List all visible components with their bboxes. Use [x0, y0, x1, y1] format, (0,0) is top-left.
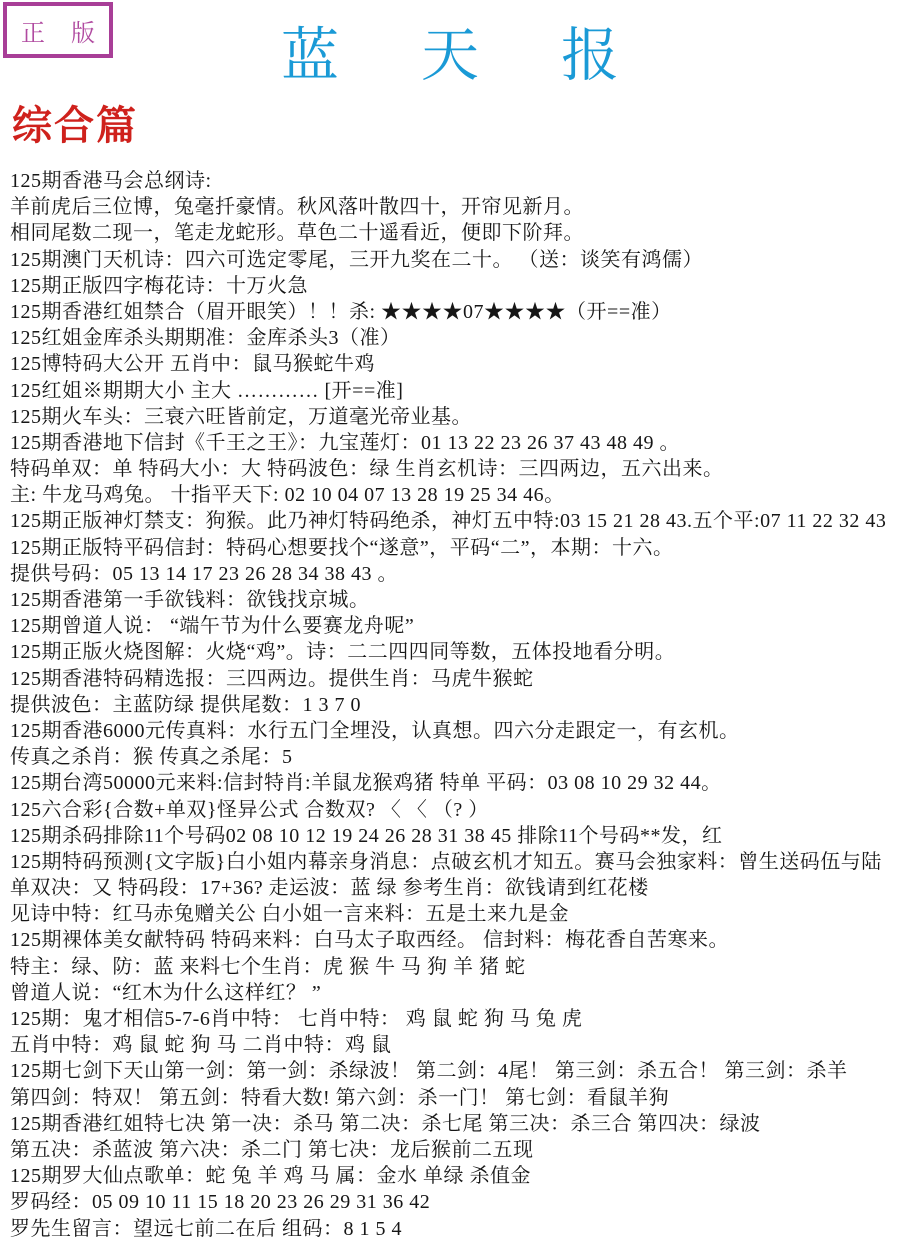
body-text: 125期香港马会总纲诗: 羊前虎后三位博，兔毫扦豪情。秋风落叶散四十，开帘见新月…: [10, 168, 898, 1242]
text-line: 125期台湾50000元来料:信封特肖:羊鼠龙猴鸡猪 特单 平码：03 08 1…: [10, 770, 898, 796]
text-line: 罗先生留言：望远七前二在后 组码：8 1 5 4: [10, 1216, 898, 1242]
text-line: 125期七剑下天山第一剑：第一剑：杀绿波！ 第二剑：4尾！ 第三剑：杀五合！ 第…: [10, 1058, 898, 1084]
text-line: 125期：鬼才相信5-7-6肖中特： 七肖中特： 鸡 鼠 蛇 狗 马 兔 虎: [10, 1006, 898, 1032]
text-line: 提供波色：主蓝防绿 提供尾数：1 3 7 0: [10, 692, 898, 718]
text-line: 125期香港马会总纲诗:: [10, 168, 898, 194]
text-line: 125期澳门天机诗：四六可选定零尾，三开九奖在二十。 （送：谈笑有鸿儒）: [10, 247, 898, 273]
text-line: 125期正版火烧图解：火烧“鸡”。诗：二二四四同等数，五体投地看分明。: [10, 639, 898, 665]
newspaper-page: 正版 蓝天报 综合篇 125期香港马会总纲诗: 羊前虎后三位博，兔毫扦豪情。秋风…: [0, 0, 900, 1243]
text-line: 125期火车头：三衰六旺皆前定，万道毫光帝业基。: [10, 404, 898, 430]
text-line: 125期香港地下信封《千王之王》：九宝莲灯：01 13 22 23 26 37 …: [10, 430, 898, 456]
text-line: 125期曾道人说： “端午节为什么要赛龙舟呢”: [10, 613, 898, 639]
text-line: 主: 牛龙马鸡兔。 十指平天下: 02 10 04 07 13 28 19 25…: [10, 482, 898, 508]
text-line: 羊前虎后三位博，兔毫扦豪情。秋风落叶散四十，开帘见新月。: [10, 194, 898, 220]
text-line: 特码单双：单 特码大小：大 特码波色：绿 生肖玄机诗：三四两边，五六出来。: [10, 456, 898, 482]
text-line: 125期香港红姐特七决 第一决：杀马 第二决：杀七尾 第三决：杀三合 第四决：绿…: [10, 1111, 898, 1137]
text-line: 125期正版特平码信封：特码心想要找个“遂意”，平码“二”，本期：十六。: [10, 535, 898, 561]
section-title: 综合篇: [12, 94, 138, 151]
text-line: 第四剑：特双！ 第五剑：特看大数! 第六剑：杀一门！ 第七剑：看鼠羊狗: [10, 1085, 898, 1111]
text-line: 125期香港特码精选报：三四两边。提供生肖：马虎牛猴蛇: [10, 666, 898, 692]
text-line: 125博特码大公开 五肖中：鼠马猴蛇牛鸡: [10, 351, 898, 377]
text-line: 提供号码：05 13 14 17 23 26 28 34 38 43 。: [10, 561, 898, 587]
text-line: 125期香港第一手欲钱料：欲钱找京城。: [10, 587, 898, 613]
text-line: 125期裸体美女献特码 特码来料：白马太子取西经。 信封料：梅花香自苦寒来。: [10, 927, 898, 953]
text-line: 五肖中特：鸡 鼠 蛇 狗 马 二肖中特：鸡 鼠: [10, 1032, 898, 1058]
text-line: 125期特码预测{文字版}白小姐内幕亲身消息：点破玄机才知五。赛马会独家料：曾生…: [10, 849, 898, 875]
text-line: 第五决：杀蓝波 第六决：杀二门 第七决：龙后猴前二五现: [10, 1137, 898, 1163]
text-line: 125红姐金库杀头期期准：金库杀头3（准）: [10, 325, 898, 351]
text-line: 125红姐※期期大小 主大 ………… [开==准]: [10, 378, 898, 404]
text-line: 见诗中特：红马赤兔赠关公 白小姐一言来料：五是土来九是金: [10, 901, 898, 927]
text-line: 传真之杀肖：猴 传真之杀尾：5: [10, 744, 898, 770]
text-line: 特主：绿、防：蓝 来料七个生肖：虎 猴 牛 马 狗 羊 猪 蛇: [10, 954, 898, 980]
text-line: 曾道人说：“红木为什么这样红？ ”: [10, 980, 898, 1006]
text-line: 相同尾数二现一，笔走龙蛇形。草色二十遥看近，便即下阶拜。: [10, 220, 898, 246]
text-line: 125期罗大仙点歌单：蛇 兔 羊 鸡 马 属：金水 单绿 杀值金: [10, 1163, 898, 1189]
text-line: 125期香港6000元传真料：水行五门全埋没，认真想。四六分走跟定一，有玄机。: [10, 718, 898, 744]
text-line: 125期杀码排除11个号码02 08 10 12 19 24 26 28 31 …: [10, 823, 898, 849]
page-title: 蓝天报: [0, 8, 900, 92]
text-line: 125期正版四字梅花诗：十万火急: [10, 273, 898, 299]
text-line: 罗码经：05 09 10 11 15 18 20 23 26 29 31 36 …: [10, 1189, 898, 1215]
text-line: 125期正版神灯禁支：狗猴。此乃神灯特码绝杀，神灯五中特:03 15 21 28…: [10, 508, 898, 534]
text-line: 单双决：又 特码段：17+36? 走运波：蓝 绿 参考生肖：欲钱请到红花楼: [10, 875, 898, 901]
text-line: 125六合彩{合数+单双}怪异公式 合数双? 〈 〈 （? ）: [10, 797, 898, 823]
text-line: 125期香港红姐禁合（眉开眼笑）！！杀: ★★★★07★★★★（开==准）: [10, 299, 898, 325]
